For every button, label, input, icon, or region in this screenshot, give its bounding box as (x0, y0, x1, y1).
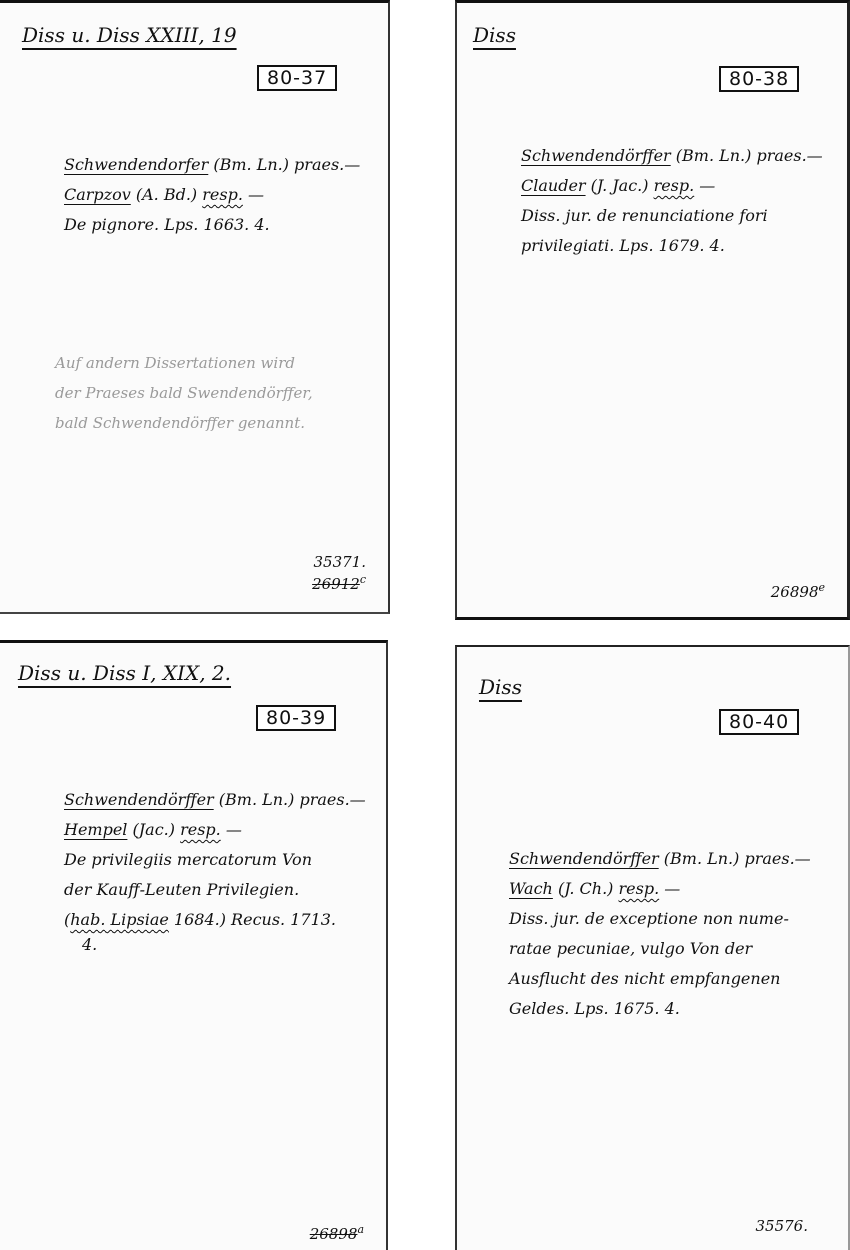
shelfmark: Diss (473, 25, 516, 45)
imprint-rest: 1684.) Recus. 1713. (169, 910, 336, 929)
entry-line-imprint: privilegiati. Lps. 1679. 4. (521, 231, 823, 261)
pencil-note: Auf andern Dissertationen wird der Praes… (55, 348, 313, 438)
call-number-box: 80-38 (719, 66, 799, 92)
dash: — (659, 879, 680, 898)
dash: — (221, 820, 242, 839)
accession-suffix: e (818, 581, 825, 594)
note-line: bald Schwendendörffer genannt. (55, 408, 313, 438)
respondent-initials: (A. Bd.) (131, 185, 202, 204)
accession-numbers: 35576. (756, 1217, 809, 1235)
note-line: der Praeses bald Swendendörffer, (55, 378, 313, 408)
praeses-name: Schwendendörffer (509, 849, 659, 868)
catalog-card-80-37: Diss u. Diss XXIII, 19 80-37 Schwendendo… (0, 0, 390, 614)
praeses-initials: (Bm. Ln.) praes.— (659, 849, 811, 868)
accession-current: 35371. (312, 553, 366, 571)
note-line: Auf andern Dissertationen wird (55, 348, 313, 378)
bibliographic-entry: Schwendendörffer (Bm. Ln.) praes.— Wach … (509, 844, 811, 1024)
praeses-initials: (Bm. Ln.) praes.— (671, 146, 823, 165)
respondent-initials: (Jac.) (127, 820, 180, 839)
entry-line-title-german: Ausflucht des nicht empfangenen (509, 964, 811, 994)
praeses-name: Schwendendorfer (64, 155, 208, 174)
accession-suffix: c (360, 573, 366, 586)
call-number-box: 80-37 (257, 65, 337, 91)
accession-struck: 26912 (312, 575, 360, 593)
accession-numbers: 35371. 26912c (312, 553, 366, 593)
accession-numbers: 26898a (310, 1221, 364, 1243)
entry-line-respondent: Hempel (Jac.) resp. — (64, 815, 366, 845)
entry-line-praeses: Schwendendorfer (Bm. Ln.) praes.— (64, 150, 360, 180)
shelfmark: Diss u. Diss XXIII, 19 (22, 25, 237, 45)
dash: — (694, 176, 715, 195)
entry-line-title-german: der Kauff-Leuten Privilegien. (64, 875, 366, 905)
bibliographic-entry: Schwendendörffer (Bm. Ln.) praes.— Hempe… (64, 785, 366, 955)
resp-label: resp. (654, 176, 695, 195)
resp-label: resp. (619, 879, 660, 898)
respondent-name: Carpzov (64, 185, 131, 204)
entry-line-title-cont: ratae pecuniae, vulgo Von der (509, 934, 811, 964)
respondent-initials: (J. Ch.) (553, 879, 619, 898)
entry-line-imprint: Geldes. Lps. 1675. 4. (509, 994, 811, 1024)
shelfmark: Diss u. Diss I, XIX, 2. (18, 663, 231, 683)
praeses-initials: (Bm. Ln.) praes.— (214, 790, 366, 809)
call-number-box: 80-40 (719, 709, 799, 735)
accession-suffix: a (357, 1223, 364, 1236)
catalog-card-80-38: Diss 80-38 Schwendendörffer (Bm. Ln.) pr… (455, 0, 850, 620)
respondent-name: Hempel (64, 820, 127, 839)
accession-current: 35576. (756, 1217, 809, 1235)
entry-line-title: Diss. jur. de renunciatione fori (521, 201, 823, 231)
catalog-card-80-40: Diss 80-40 Schwendendörffer (Bm. Ln.) pr… (455, 645, 850, 1250)
catalog-card-80-39: Diss u. Diss I, XIX, 2. 80-39 Schwendend… (0, 640, 388, 1250)
entry-line-title: De pignore. Lps. 1663. 4. (64, 210, 360, 240)
respondent-initials: (J. Jac.) (586, 176, 654, 195)
call-number-box: 80-39 (256, 705, 336, 731)
place-of-publication: hab. Lipsiae (70, 910, 169, 929)
respondent-name: Wach (509, 879, 553, 898)
entry-line-praeses: Schwendendörffer (Bm. Ln.) praes.— (64, 785, 366, 815)
praeses-name: Schwendendörffer (521, 146, 671, 165)
resp-label: resp. (180, 820, 221, 839)
entry-line-format: 4. (64, 935, 366, 955)
bibliographic-entry: Schwendendörffer (Bm. Ln.) praes.— Claud… (521, 141, 823, 261)
entry-line-respondent: Carpzov (A. Bd.) resp. — (64, 180, 360, 210)
accession-numbers: 26898e (771, 579, 825, 601)
praeses-initials: (Bm. Ln.) praes.— (208, 155, 360, 174)
dash: — (243, 185, 264, 204)
entry-line-imprint: (hab. Lipsiae 1684.) Recus. 1713. (64, 905, 366, 935)
entry-line-praeses: Schwendendörffer (Bm. Ln.) praes.— (509, 844, 811, 874)
respondent-name: Clauder (521, 176, 586, 195)
accession-struck: 26898 (310, 1225, 358, 1243)
bibliographic-entry: Schwendendorfer (Bm. Ln.) praes.— Carpzo… (64, 150, 360, 240)
shelfmark: Diss (479, 677, 522, 697)
accession-current: 26898 (771, 583, 819, 601)
resp-label: resp. (202, 185, 243, 204)
entry-line-praeses: Schwendendörffer (Bm. Ln.) praes.— (521, 141, 823, 171)
entry-line-respondent: Wach (J. Ch.) resp. — (509, 874, 811, 904)
praeses-name: Schwendendörffer (64, 790, 214, 809)
entry-line-title: De privilegiis mercatorum Von (64, 845, 366, 875)
entry-line-respondent: Clauder (J. Jac.) resp. — (521, 171, 823, 201)
entry-line-title: Diss. jur. de exceptione non nume- (509, 904, 811, 934)
